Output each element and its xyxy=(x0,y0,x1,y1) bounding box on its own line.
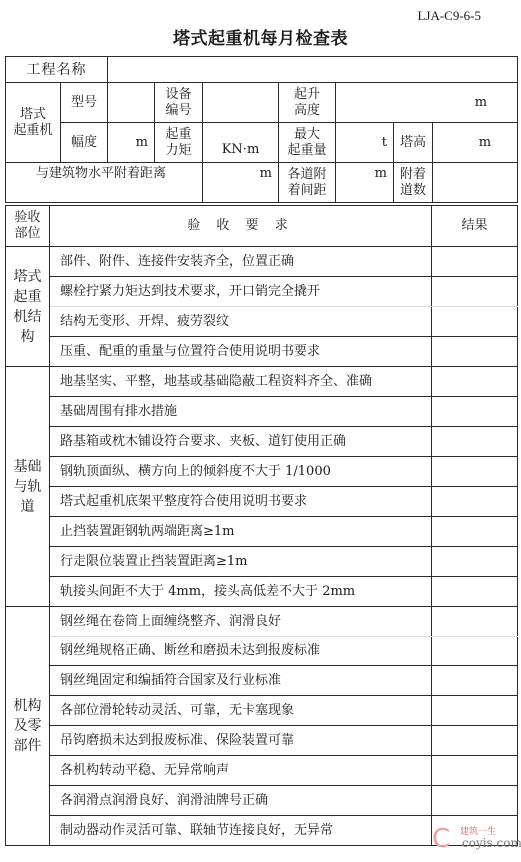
result-cell[interactable] xyxy=(432,607,518,637)
project-name-field[interactable] xyxy=(108,57,518,83)
checklist-item: 钢丝绳固定和编插符合国家及行业标准 xyxy=(50,666,432,696)
attach-dist-field[interactable]: m xyxy=(203,163,279,203)
max-load-field[interactable]: t xyxy=(336,123,394,163)
result-cell[interactable] xyxy=(432,487,518,517)
result-cell[interactable] xyxy=(432,666,518,696)
lift-height-field[interactable]: m xyxy=(336,83,518,123)
checklist-item: 塔式起重机底架平整度符合使用说明书要求 xyxy=(50,487,432,517)
result-cell[interactable] xyxy=(432,247,518,277)
document-code: LJA-C9-6-5 xyxy=(417,8,481,24)
model-field[interactable] xyxy=(108,83,155,123)
equip-no-label: 设备 编号 xyxy=(155,83,203,123)
checklist-item: 各部位滑轮转动灵活、可靠，无卡塞现象 xyxy=(50,696,432,726)
result-cell[interactable] xyxy=(432,337,518,367)
attach-spacing-field[interactable]: m xyxy=(336,163,394,203)
lift-moment-field[interactable]: KN·m xyxy=(203,123,279,163)
result-cell[interactable] xyxy=(432,577,518,607)
checklist-item: 部件、附件、连接件安装齐全，位置正确 xyxy=(50,247,432,277)
amplitude-field[interactable]: m xyxy=(108,123,155,163)
watermark-en-text: coyis.com xyxy=(462,836,521,850)
result-cell[interactable] xyxy=(432,637,518,666)
page-title: 塔式起重机每月检查表 xyxy=(0,24,521,49)
result-cell[interactable] xyxy=(432,397,518,427)
result-cell[interactable] xyxy=(432,547,518,577)
max-load-label: 最大 起重量 xyxy=(279,123,336,163)
watermark-logo-icon: C xyxy=(432,824,450,854)
checklist-item: 地基坚实、平整，地基或基础隐蔽工程资料齐全、准确 xyxy=(50,367,432,397)
checklist-item: 轨接头间距不大于 4mm，接头高低差不大于 2mm xyxy=(50,577,432,607)
project-name-label: 工程名称 xyxy=(6,57,108,83)
checklist-item: 各润滑点润滑良好、润滑油牌号正确 xyxy=(50,786,432,816)
crane-info-table: 工程名称 塔式 起重机 型号 设备 编号 起升 高度 m 幅度 m 起重 力矩 … xyxy=(5,56,518,203)
checklist-item: 基础周围有排水措施 xyxy=(50,397,432,427)
result-cell[interactable] xyxy=(432,457,518,487)
amplitude-label: 幅度 xyxy=(61,123,108,163)
checklist-item: 钢丝绳在卷筒上面缠绕整齐、润滑良好 xyxy=(50,607,432,637)
checklist-item: 结构无变形、开焊、疲劳裂纹 xyxy=(50,307,432,337)
result-cell[interactable] xyxy=(432,367,518,397)
checklist-item: 各机构转动平稳、无异常响声 xyxy=(50,756,432,786)
section-crane-structure: 塔式 起重 机结 构 xyxy=(6,247,50,367)
result-cell[interactable] xyxy=(432,277,518,307)
result-cell[interactable] xyxy=(432,307,518,337)
tower-height-label: 塔高 xyxy=(394,123,433,163)
equip-no-field[interactable] xyxy=(203,83,279,123)
part-column-header: 验收 部位 xyxy=(6,206,50,247)
inspection-checklist-table: 验收 部位 验 收 要 求 结果 塔式 起重 机结 构 部件、附件、连接件安装齐… xyxy=(5,205,518,846)
crane-label: 塔式 起重机 xyxy=(6,83,61,163)
checklist-item: 压重、配重的重量与位置符合使用说明书要求 xyxy=(50,337,432,367)
attach-count-field[interactable] xyxy=(433,163,518,203)
checklist-item: 止挡装置距钢轨两端距离≥1m xyxy=(50,517,432,547)
result-cell[interactable] xyxy=(432,756,518,786)
result-cell[interactable] xyxy=(432,427,518,457)
model-label: 型号 xyxy=(61,83,108,123)
result-column-header: 结果 xyxy=(432,206,518,247)
checklist-item: 行走限位装置止挡装置距离≥1m xyxy=(50,547,432,577)
requirement-column-header: 验 收 要 求 xyxy=(50,206,432,247)
lift-height-label: 起升 高度 xyxy=(279,83,336,123)
attach-spacing-label: 各道附 着间距 xyxy=(279,163,336,203)
attach-count-label: 附着 道数 xyxy=(394,163,433,203)
checklist-item: 螺栓拧紧力矩达到技术要求，开口销完全撬开 xyxy=(50,277,432,307)
attach-dist-label: 与建筑物水平附着距离 xyxy=(6,163,203,203)
result-cell[interactable] xyxy=(432,696,518,726)
tower-height-field[interactable]: m xyxy=(433,123,518,163)
result-cell[interactable] xyxy=(432,517,518,547)
checklist-item: 钢轨顶面纵、横方向上的倾斜度不大于 1/1000 xyxy=(50,457,432,487)
checklist-item: 路基箱或枕木铺设符合要求、夹板、道钉使用正确 xyxy=(50,427,432,457)
watermark: C 建筑一生 coyis.com xyxy=(432,822,516,856)
checklist-item: 制动器动作灵活可靠、联轴节连接良好，无异常 xyxy=(50,816,432,846)
section-foundation-track: 基础 与轨 道 xyxy=(6,367,50,607)
result-cell[interactable] xyxy=(432,786,518,816)
lift-moment-label: 起重 力矩 xyxy=(155,123,203,163)
checklist-item: 钢丝绳规格正确、断丝和磨损未达到报废标准 xyxy=(50,637,432,666)
checklist-item: 吊钩磨损未达到报废标准、保险装置可靠 xyxy=(50,726,432,756)
section-mechanism-parts: 机构 及零 部件 xyxy=(6,607,50,846)
result-cell[interactable] xyxy=(432,726,518,756)
